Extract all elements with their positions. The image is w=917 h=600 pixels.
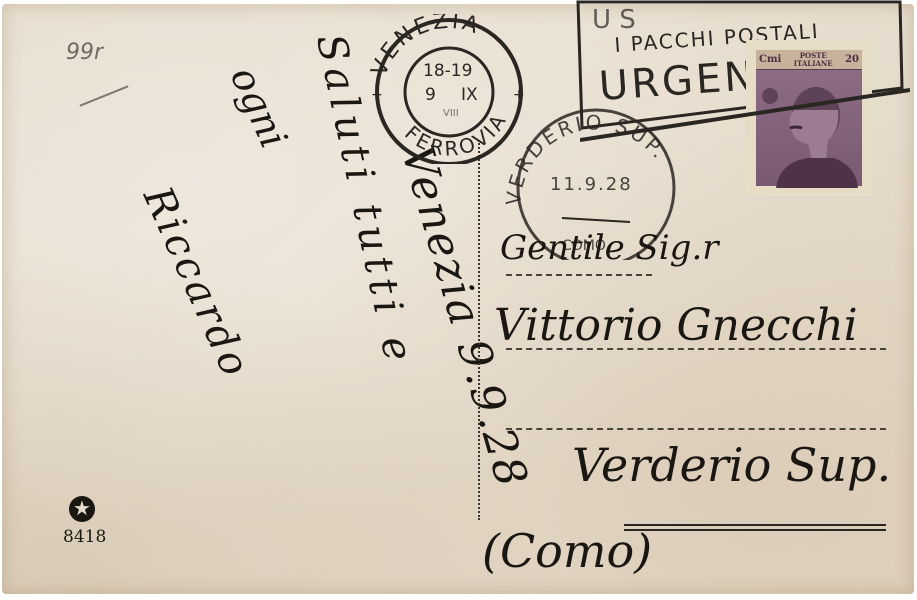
- svg-text:18-19: 18-19: [423, 61, 472, 81]
- svg-text:IX: IX: [461, 85, 478, 105]
- address-honorific: Gentile Sig.r: [500, 228, 719, 268]
- svg-text:U S: U S: [592, 5, 636, 35]
- address-line-1: [506, 274, 652, 276]
- svg-text:11.9.28: 11.9.28: [550, 174, 633, 195]
- pencil-note: 99r: [66, 40, 103, 65]
- svg-text:VIII: VIII: [443, 108, 459, 119]
- card-number: 8418: [63, 527, 106, 547]
- center-divider: [478, 140, 480, 520]
- address-double-underline: [624, 524, 886, 531]
- svg-text:9: 9: [425, 85, 436, 105]
- star-icon: ★: [69, 496, 95, 522]
- address-line-3: [506, 428, 886, 430]
- address-town: Verderio Sup.: [572, 438, 891, 492]
- address-province: (Como): [482, 524, 652, 578]
- address-name: Vittorio Gnecchi: [494, 300, 858, 351]
- svg-text:+: +: [371, 87, 383, 103]
